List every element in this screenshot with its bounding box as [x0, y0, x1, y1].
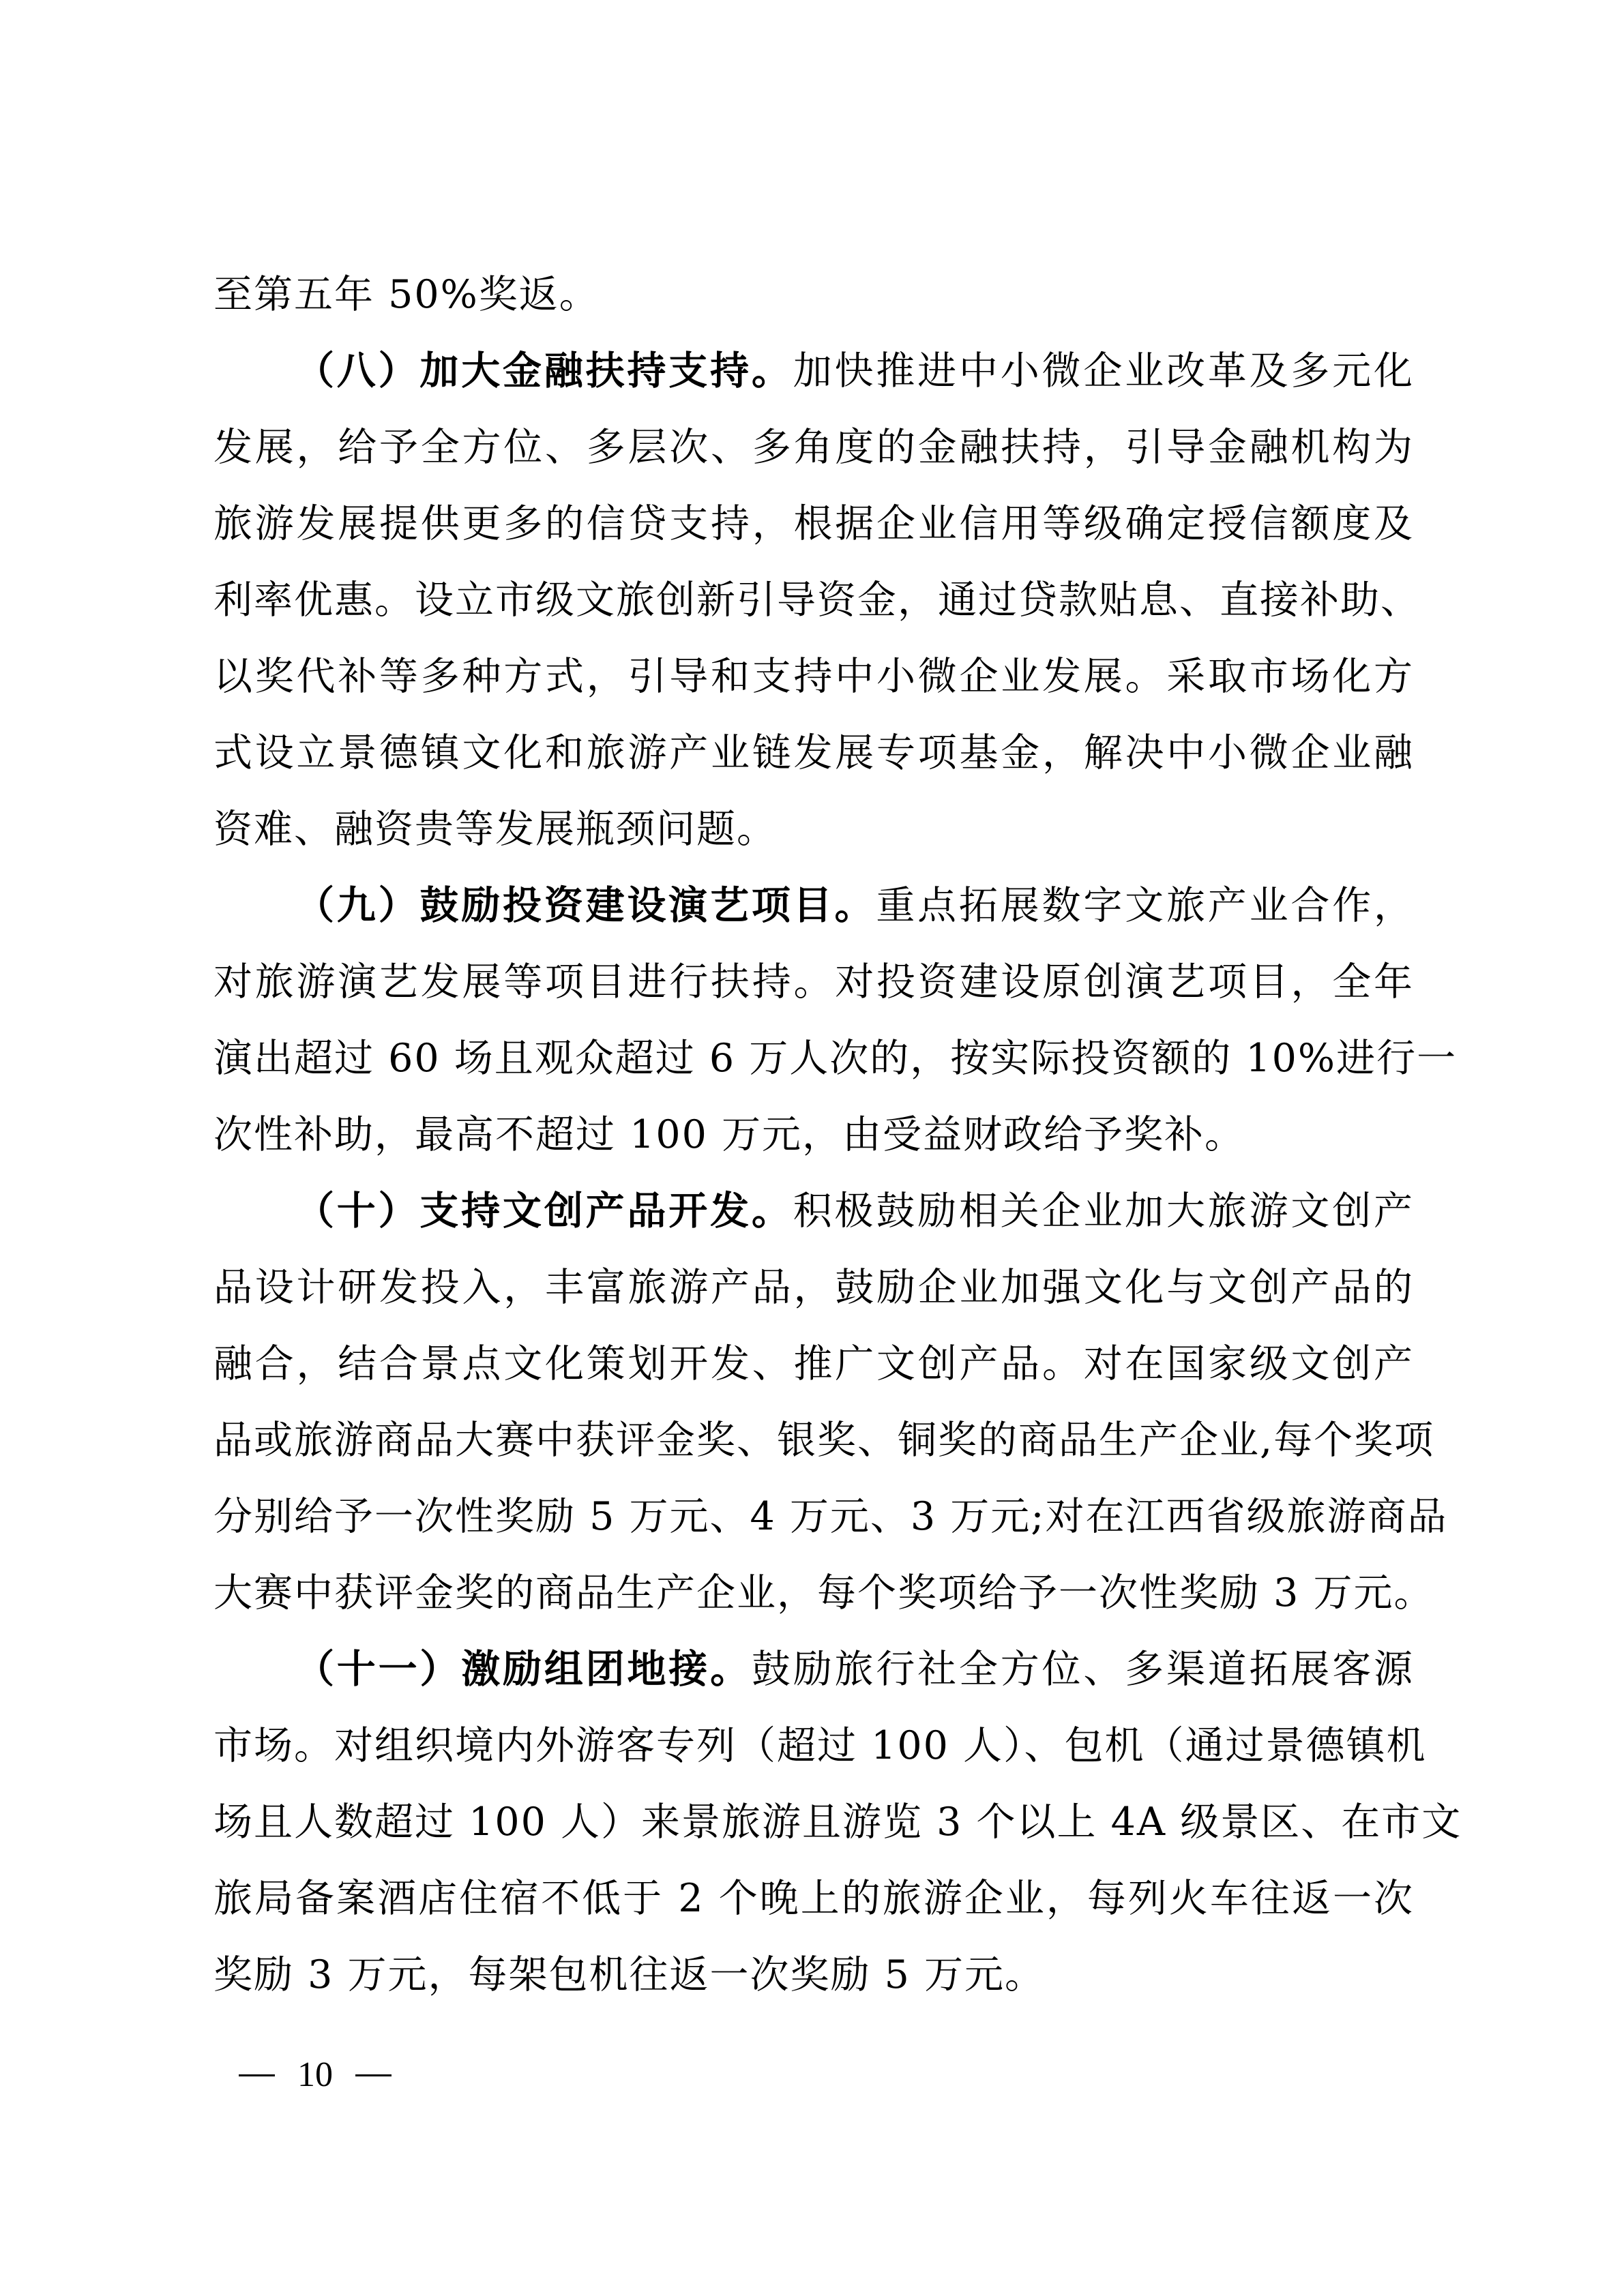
section-heading-9: （九）鼓励投资建设演艺项目。	[295, 882, 876, 928]
body-text: 至第五年 50%奖返。 （八）加大金融扶持支持。加快推进中小微企业改革及多元化 …	[213, 256, 1414, 2013]
line-text: 积极鼓励相关企业加大旅游文创产	[793, 1189, 1414, 1234]
text-line: 融合，结合景点文化策划开发、推广文创产品。对在国家级文创产	[213, 1326, 1414, 1402]
page-number: 10	[239, 2053, 392, 2098]
line-text: 鼓励旅行社全方位、多渠道拓展客源	[752, 1647, 1414, 1692]
text-line: 以奖代补等多种方式，引导和支持中小微企业发展。采取市场化方	[213, 638, 1414, 715]
text-line: 场且人数超过 100 人）来景旅游且游览 3 个以上 4A 级景区、在市文	[213, 1784, 1414, 1860]
line-text: 分别给予一次性奖励 5 万元、4 万元、3 万元;对在江西省级旅游商品	[213, 1494, 1447, 1539]
text-line: （十一）激励组团地接。鼓励旅行社全方位、多渠道拓展客源	[213, 1631, 1414, 1708]
text-line: 奖励 3 万元，每架包机往返一次奖励 5 万元。	[213, 1937, 1414, 2013]
line-text: 资难、融资贵等发展瓶颈问题。	[213, 807, 777, 852]
text-line: （八）加大金融扶持支持。加快推进中小微企业改革及多元化	[213, 333, 1414, 409]
text-line: 利率优惠。设立市级文旅创新引导资金，通过贷款贴息、直接补助、	[213, 562, 1414, 638]
line-text: 加快推进中小微企业改革及多元化	[793, 348, 1414, 393]
line-text: 场且人数超过 100 人）来景旅游且游览 3 个以上 4A 级景区、在市文	[213, 1800, 1462, 1845]
line-text: 旅游发展提供更多的信贷支持，根据企业信用等级确定授信额度及	[213, 501, 1414, 546]
line-text: 次性补助，最高不超过 100 万元，由受益财政给予奖补。	[213, 1112, 1245, 1157]
text-line: 式设立景德镇文化和旅游产业链发展专项基金，解决中小微企业融	[213, 715, 1414, 791]
text-line: 分别给予一次性奖励 5 万元、4 万元、3 万元;对在江西省级旅游商品	[213, 1478, 1414, 1555]
document-page: 至第五年 50%奖返。 （八）加大金融扶持支持。加快推进中小微企业改革及多元化 …	[0, 0, 1624, 2296]
page-number-value: 10	[297, 2053, 333, 2098]
section-heading-8: （八）加大金融扶持支持。	[295, 348, 793, 393]
text-line: （十）支持文创产品开发。积极鼓励相关企业加大旅游文创产	[213, 1173, 1414, 1249]
text-line: 次性补助，最高不超过 100 万元，由受益财政给予奖补。	[213, 1097, 1414, 1173]
text-line: 演出超过 60 场且观众超过 6 万人次的，按实际投资额的 10%进行一	[213, 1020, 1414, 1097]
text-line: 市场。对组织境内外游客专列（超过 100 人）、包机（通过景德镇机	[213, 1708, 1414, 1784]
line-text: 品或旅游商品大赛中获评金奖、银奖、铜奖的商品生产企业,每个奖项	[213, 1418, 1434, 1463]
line-text: 重点拓展数字文旅产业合作，	[876, 883, 1414, 928]
section-heading-11: （十一）激励组团地接。	[295, 1646, 752, 1692]
line-text: 至第五年 50%奖返。	[213, 272, 600, 317]
section-heading-10: （十）支持文创产品开发。	[295, 1188, 793, 1234]
line-text: 市场。对组织境内外游客专列（超过 100 人）、包机（通过景德镇机	[213, 1723, 1427, 1768]
line-text: 发展，给予全方位、多层次、多角度的金融扶持，引导金融机构为	[213, 425, 1414, 470]
text-line: 对旅游演艺发展等项目进行扶持。对投资建设原创演艺项目，全年	[213, 944, 1414, 1020]
text-line: 资难、融资贵等发展瓶颈问题。	[213, 791, 1414, 867]
text-line: 品或旅游商品大赛中获评金奖、银奖、铜奖的商品生产企业,每个奖项	[213, 1402, 1414, 1478]
text-line: 发展，给予全方位、多层次、多角度的金融扶持，引导金融机构为	[213, 409, 1414, 486]
line-text: 奖励 3 万元，每架包机往返一次奖励 5 万元。	[213, 1952, 1045, 1997]
text-line: 旅游发展提供更多的信贷支持，根据企业信用等级确定授信额度及	[213, 486, 1414, 562]
line-text: 利率优惠。设立市级文旅创新引导资金，通过贷款贴息、直接补助、	[213, 578, 1421, 623]
line-text: 以奖代补等多种方式，引导和支持中小微企业发展。采取市场化方	[213, 654, 1414, 699]
text-line: 品设计研发投入，丰富旅游产品，鼓励企业加强文化与文创产品的	[213, 1249, 1414, 1326]
line-text: 演出超过 60 场且观众超过 6 万人次的，按实际投资额的 10%进行一	[213, 1036, 1457, 1081]
text-line: （九）鼓励投资建设演艺项目。重点拓展数字文旅产业合作，	[213, 867, 1414, 944]
text-line: 大赛中获评金奖的商品生产企业，每个奖项给予一次性奖励 3 万元。	[213, 1555, 1414, 1631]
line-text: 大赛中获评金奖的商品生产企业，每个奖项给予一次性奖励 3 万元。	[213, 1570, 1434, 1615]
line-text: 对旅游演艺发展等项目进行扶持。对投资建设原创演艺项目，全年	[213, 959, 1414, 1004]
line-text: 品设计研发投入，丰富旅游产品，鼓励企业加强文化与文创产品的	[213, 1265, 1414, 1310]
line-text: 融合，结合景点文化策划开发、推广文创产品。对在国家级文创产	[213, 1341, 1414, 1386]
line-text: 式设立景德镇文化和旅游产业链发展专项基金，解决中小微企业融	[213, 730, 1414, 775]
text-line: 至第五年 50%奖返。	[213, 256, 1414, 333]
dash-right	[355, 2074, 392, 2076]
text-line: 旅局备案酒店住宿不低于 2 个晚上的旅游企业，每列火车往返一次	[213, 1860, 1414, 1937]
line-text: 旅局备案酒店住宿不低于 2 个晚上的旅游企业，每列火车往返一次	[213, 1876, 1414, 1921]
dash-left	[239, 2074, 275, 2076]
